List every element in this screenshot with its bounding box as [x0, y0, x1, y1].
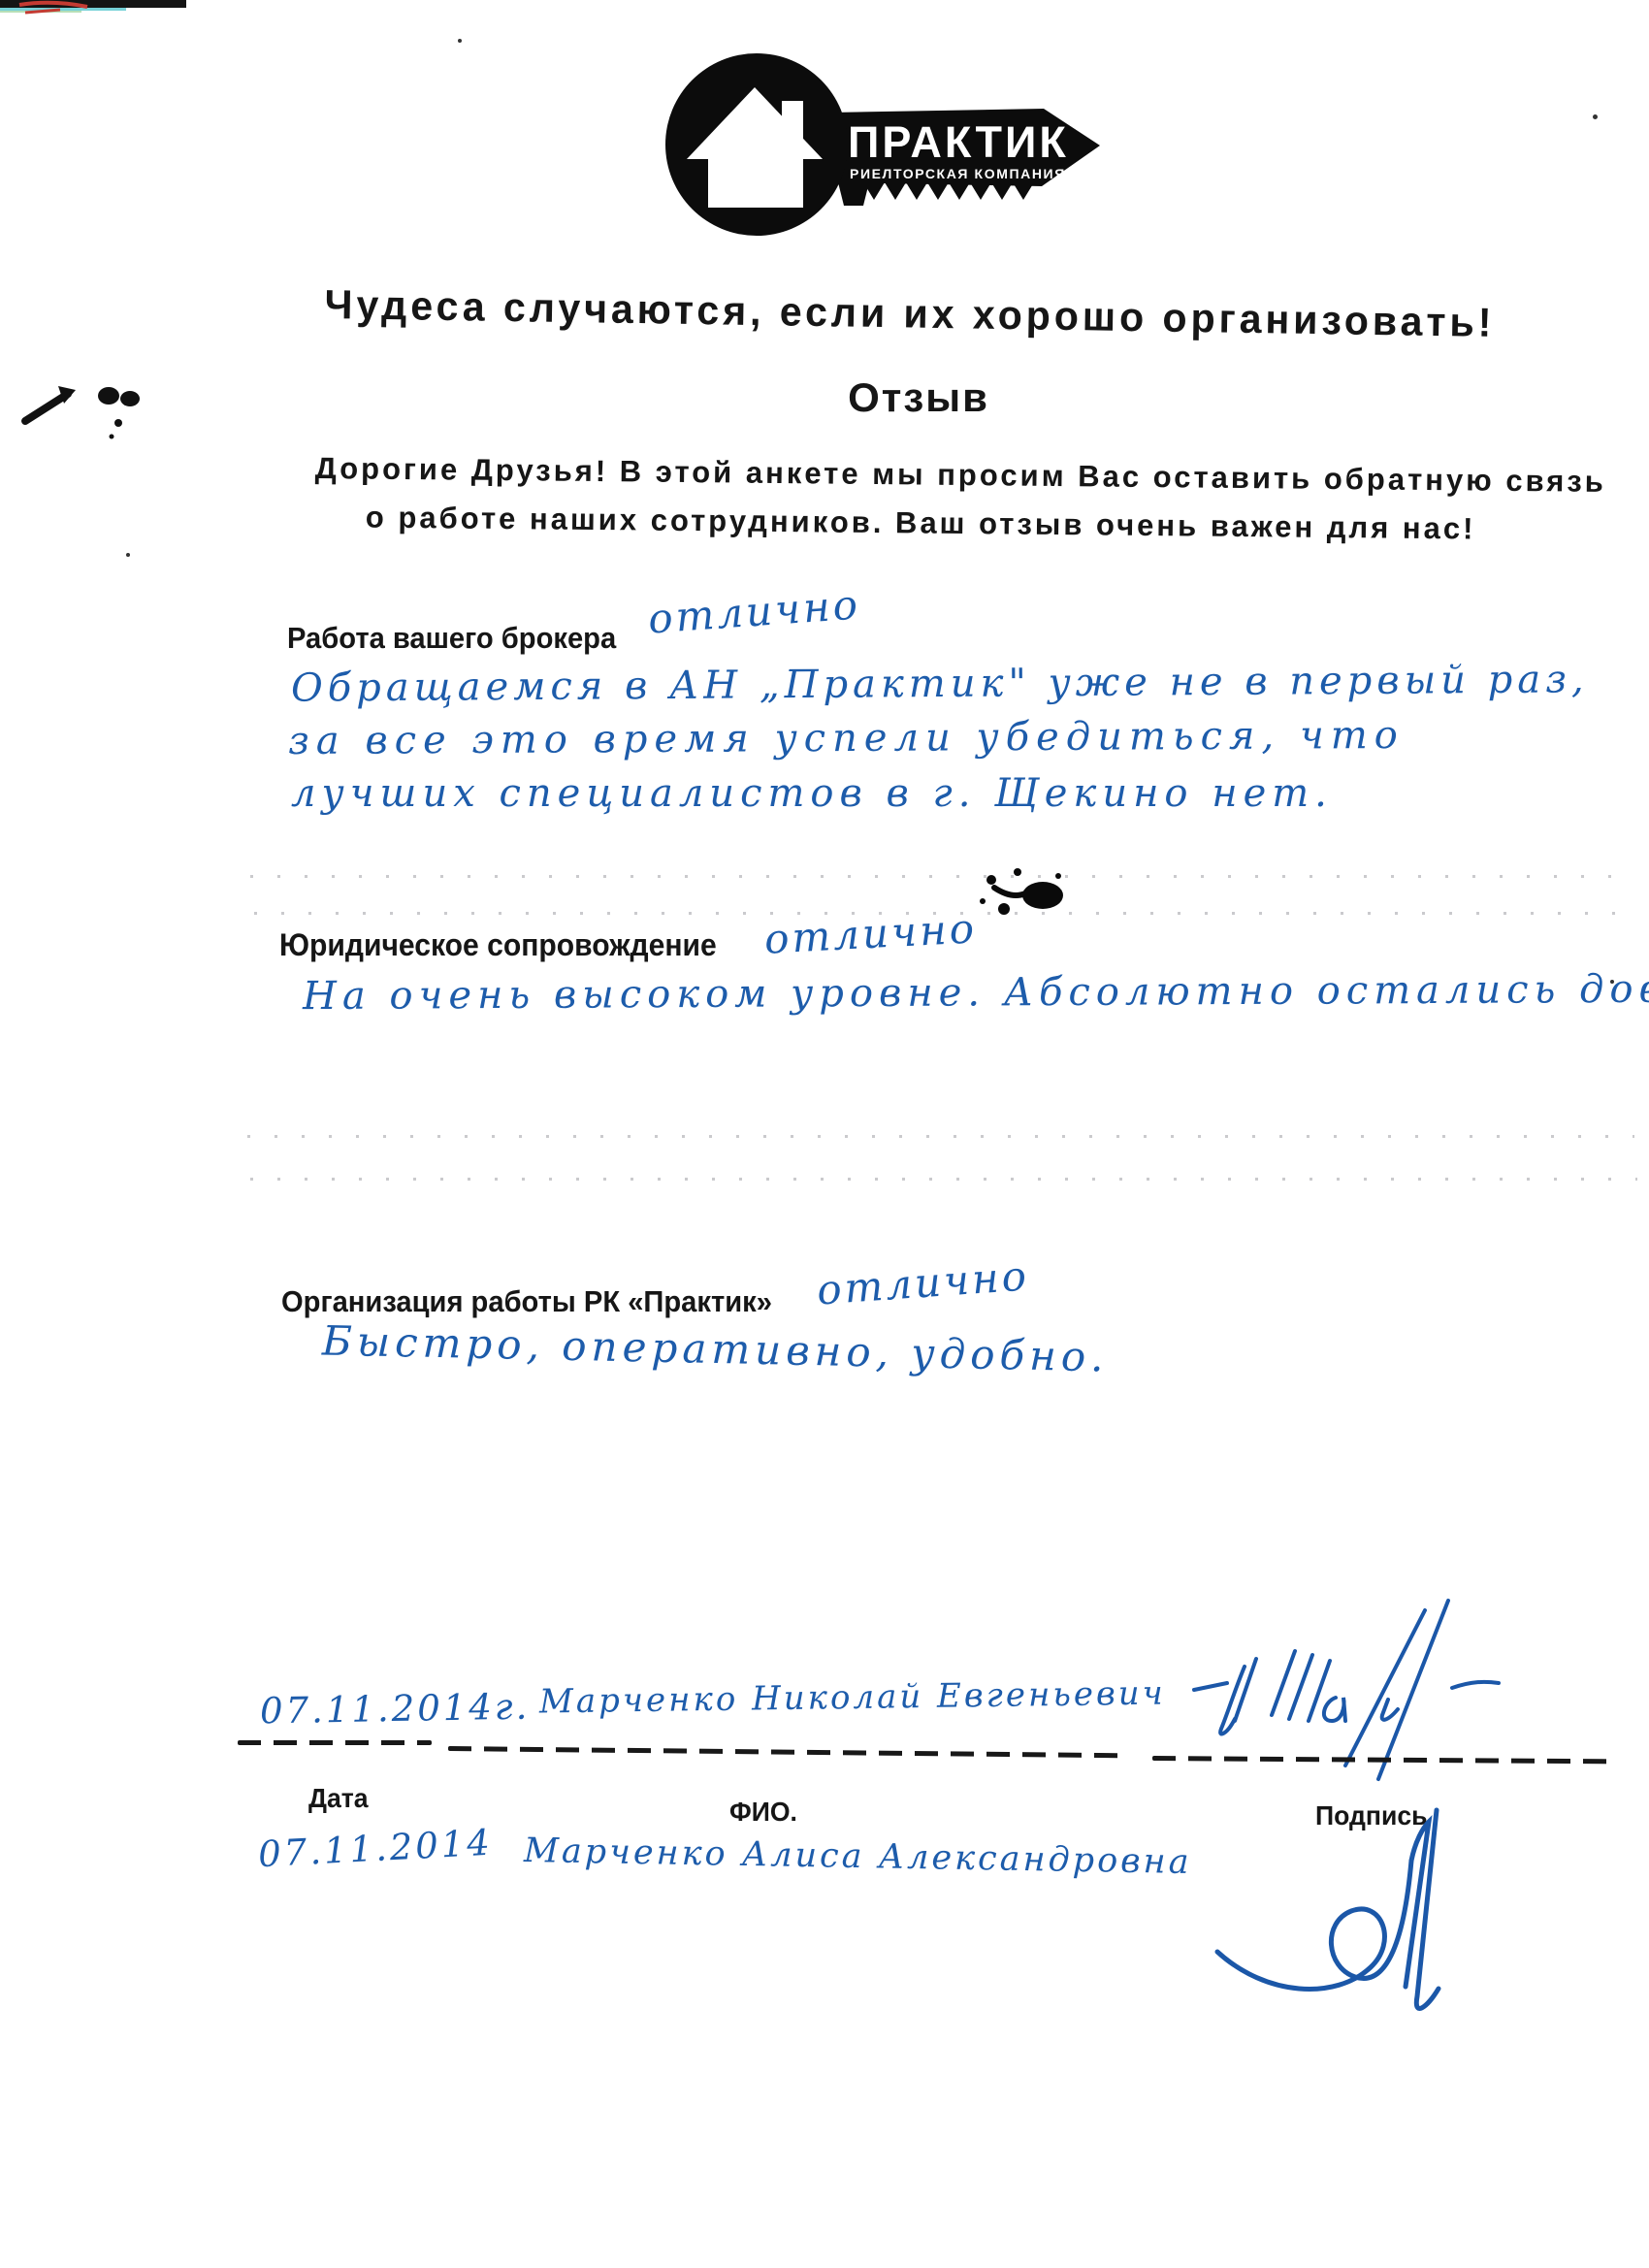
handwritten-answer-line: На очень высоком уровне. Абсолютно остал… — [303, 966, 1649, 1019]
handwritten-rating-legal: отлично — [763, 904, 978, 962]
fio-value-1: Марченко Николай Евгеньевич — [539, 1673, 1166, 1721]
faint-answer-line — [250, 1178, 1637, 1181]
scan-speck — [1610, 980, 1614, 984]
key-house-logo-icon: ПРАКТИК РИЕЛТОРСКАЯ КОМПАНИЯ — [658, 49, 1104, 241]
signature-2 — [1188, 1797, 1460, 2029]
logo-brand-text: ПРАКТИК — [848, 117, 1069, 167]
dashed-line-date — [238, 1740, 432, 1745]
scan-speck — [126, 553, 130, 557]
signature-1 — [1188, 1573, 1508, 1782]
dashed-line-fio — [448, 1746, 1129, 1758]
headline: Чудеса случаются, если их хорошо организ… — [324, 281, 1494, 346]
intro-text: Дорогие Друзья! В этой анкете мы просим … — [314, 444, 1528, 554]
question-label-organization: Организация работы РК «Практик» — [281, 1284, 772, 1319]
key-teeth — [863, 182, 1034, 200]
form-title: Отзыв — [337, 374, 1501, 421]
question-label-legal: Юридическое сопровождение — [279, 927, 717, 963]
company-logo: ПРАКТИК РИЕЛТОРСКАЯ КОМПАНИЯ — [658, 49, 1104, 241]
pen-scribble-mark — [16, 367, 171, 444]
fio-label: ФИО. — [729, 1797, 797, 1828]
handwritten-rating-broker: отлично — [647, 580, 862, 642]
handwritten-answer-line: Обращаемся в АН „Практик" уже не в первы… — [291, 657, 1589, 710]
date-value-1: 07.11.2014г. — [260, 1686, 531, 1733]
handwritten-answer-line: за все это время успели убедиться, что — [288, 713, 1405, 763]
date-value-2: 07.11.2014 — [257, 1822, 494, 1876]
red-pen-mark — [16, 0, 132, 19]
scanned-feedback-form: ПРАКТИК РИЕЛТОРСКАЯ КОМПАНИЯ Чудеса случ… — [0, 0, 1649, 2268]
question-label-broker: Работа вашего брокера — [287, 621, 616, 656]
fio-value-2: Марченко Алиса Александровна — [524, 1831, 1192, 1882]
date-label: Дата — [308, 1783, 369, 1814]
scan-speck — [1593, 114, 1598, 119]
scan-speck — [458, 39, 462, 43]
handwritten-answer-line: лучших специалистов в г. Щекино нет. — [291, 771, 1333, 816]
logo-tagline-text: РИЕЛТОРСКАЯ КОМПАНИЯ — [850, 166, 1066, 181]
handwritten-answer-line: Быстро, оперативно, удобно. — [322, 1317, 1109, 1381]
handwritten-rating-organization: отлично — [816, 1251, 1031, 1313]
faint-answer-line — [247, 1135, 1634, 1138]
faint-answer-line — [250, 875, 1628, 878]
